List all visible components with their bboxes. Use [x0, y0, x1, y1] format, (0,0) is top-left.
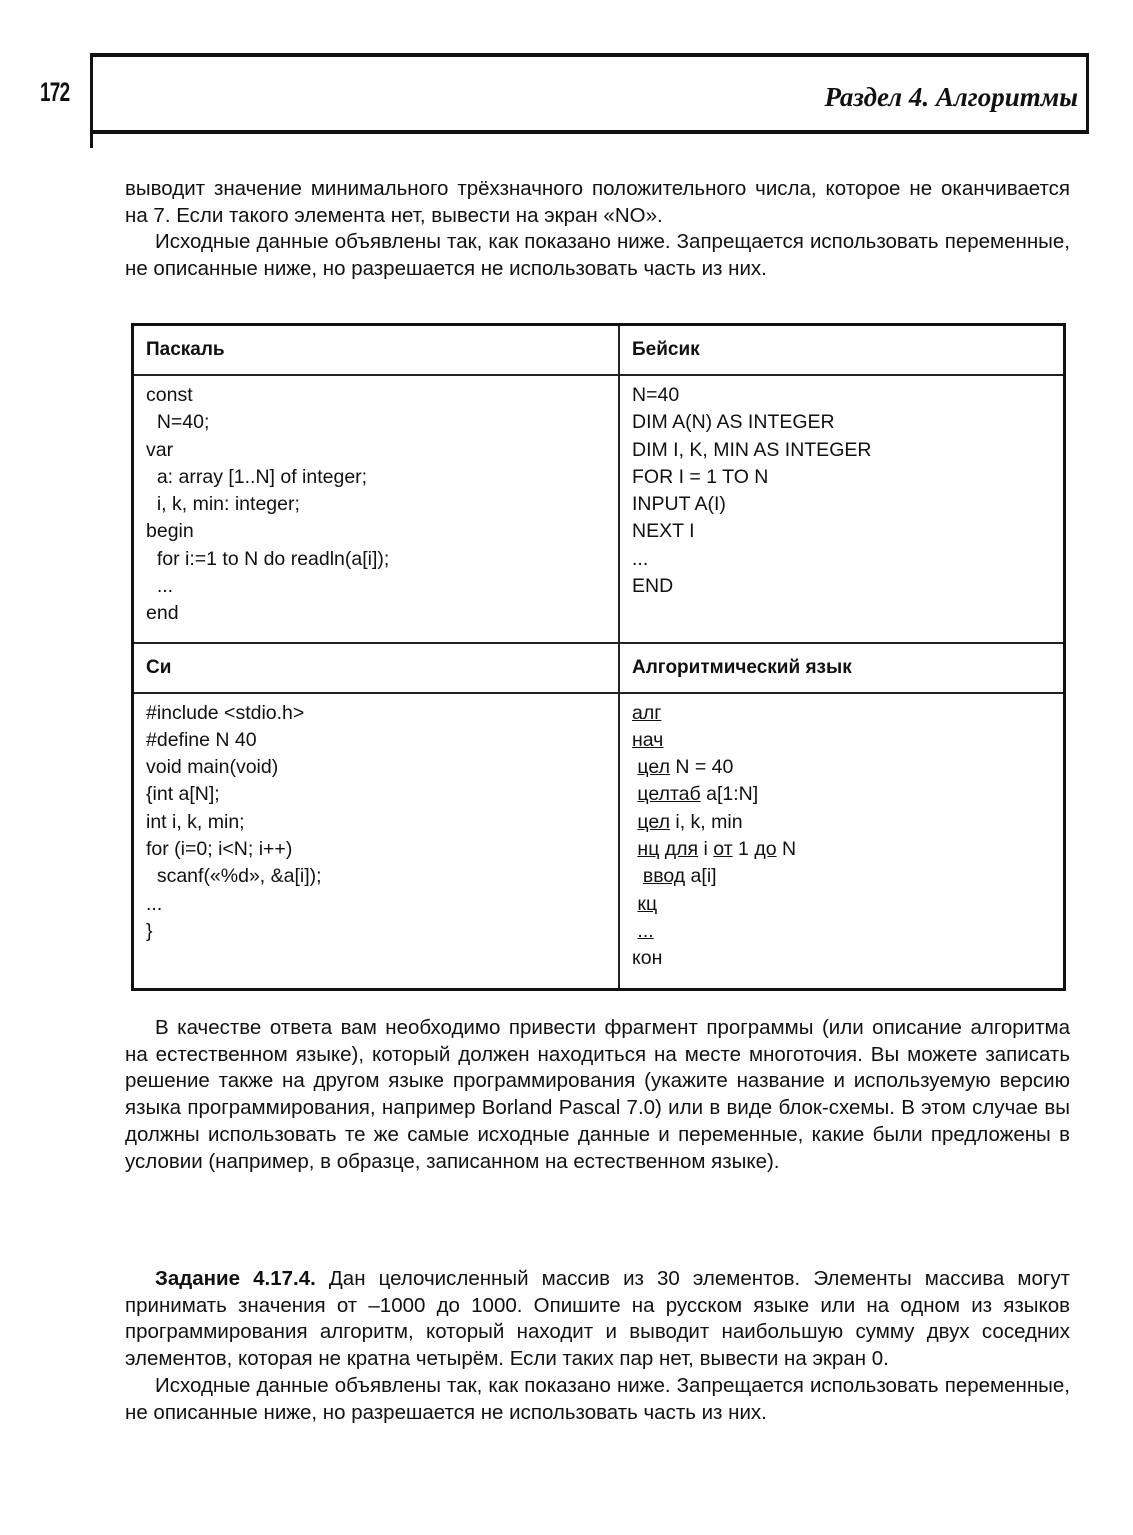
code-line: DIM I, K, MIN AS INTEGER — [632, 437, 1051, 464]
code-line: кон — [632, 945, 1051, 972]
answer-instructions: В качестве ответа вам необходимо привест… — [125, 1015, 1070, 1175]
pascal-header: Паскаль — [133, 325, 620, 376]
code-text: 1 — [733, 838, 755, 860]
code-line: ... — [146, 891, 606, 918]
code-line: ... — [632, 918, 1051, 945]
code-line: INPUT A(I) — [632, 491, 1051, 518]
code-line: N=40; — [146, 409, 606, 436]
code-line: #include <stdio.h> — [146, 700, 606, 727]
code-line: алг — [632, 700, 1051, 727]
keyword: цел — [637, 811, 670, 833]
code-line: for (i=0; i<N; i++) — [146, 836, 606, 863]
code-text: a[1:N] — [701, 783, 758, 805]
c-code: #include <stdio.h>#define N 40void main(… — [133, 693, 620, 990]
code-line: целтаб a[1:N] — [632, 781, 1051, 808]
keyword: ввод — [643, 865, 685, 887]
code-line: нц для i от 1 до N — [632, 836, 1051, 863]
intro-text: выводит значение минимального трёхзначно… — [125, 176, 1070, 283]
code-text: кон — [632, 947, 662, 969]
code-line: int i, k, min; — [146, 809, 606, 836]
code-line: end — [146, 600, 606, 627]
task-block: Задание 4.17.4. Дан целочисленный массив… — [125, 1266, 1070, 1426]
keyword: алг — [632, 702, 661, 724]
code-line: ... — [146, 573, 606, 600]
code-line: END — [632, 573, 1051, 600]
code-line: const — [146, 382, 606, 409]
code-line: кц — [632, 891, 1051, 918]
intro-paragraph-1: выводит значение минимального трёхзначно… — [125, 176, 1070, 229]
algorithmic-header: Алгоритмический язык — [619, 643, 1065, 693]
code-line: ввод a[i] — [632, 863, 1051, 890]
code-line: scanf(«%d», &a[i]); — [146, 863, 606, 890]
code-text: N — [777, 838, 797, 860]
code-line: цел N = 40 — [632, 754, 1051, 781]
code-line: ... — [632, 546, 1051, 573]
code-text: i — [698, 838, 713, 860]
code-line: NEXT I — [632, 518, 1051, 545]
pascal-code: const N=40;var a: array [1..N] of intege… — [133, 375, 620, 643]
keyword: целтаб — [637, 783, 700, 805]
code-line: a: array [1..N] of integer; — [146, 464, 606, 491]
task-paragraph-2: Исходные данные объявлены так, как показ… — [125, 1373, 1070, 1426]
code-line: DIM A(N) AS INTEGER — [632, 409, 1051, 436]
keyword: цел — [637, 756, 670, 778]
keyword: кц — [637, 893, 657, 915]
code-line: begin — [146, 518, 606, 545]
keyword: для — [665, 838, 698, 860]
code-text: N = 40 — [670, 756, 733, 778]
keyword: до — [754, 838, 776, 860]
code-line: нач — [632, 727, 1051, 754]
code-line: var — [146, 437, 606, 464]
algorithmic-code: алгнач цел N = 40 целтаб a[1:N] цел i, k… — [619, 693, 1065, 990]
code-declarations-table: Паскаль Бейсик const N=40;var a: array [… — [131, 323, 1066, 991]
page-number: 172 — [40, 77, 69, 108]
task-statement: Задание 4.17.4. Дан целочисленный массив… — [125, 1266, 1070, 1373]
code-text: a[i] — [685, 865, 716, 887]
code-line: FOR I = 1 TO N — [632, 464, 1051, 491]
code-line: for i:=1 to N do readln(a[i]); — [146, 546, 606, 573]
intro-paragraph-2: Исходные данные объявлены так, как показ… — [125, 229, 1070, 282]
code-text: i, k, min — [670, 811, 743, 833]
basic-code: N=40DIM A(N) AS INTEGERDIM I, K, MIN AS … — [619, 375, 1065, 643]
code-line: } — [146, 918, 606, 945]
keyword: ... — [637, 920, 653, 942]
code-text — [632, 865, 643, 887]
code-line: void main(void) — [146, 754, 606, 781]
section-title: Раздел 4. Алгоритмы — [824, 82, 1078, 113]
header-frame-rule — [90, 126, 93, 148]
code-line: цел i, k, min — [632, 809, 1051, 836]
c-header: Си — [133, 643, 620, 693]
keyword: нач — [632, 729, 663, 751]
code-line: {int a[N]; — [146, 781, 606, 808]
code-line: #define N 40 — [146, 727, 606, 754]
code-line: N=40 — [632, 382, 1051, 409]
keyword: от — [713, 838, 732, 860]
basic-header: Бейсик — [619, 325, 1065, 376]
code-line: i, k, min: integer; — [146, 491, 606, 518]
keyword: нц — [637, 838, 659, 860]
answer-instructions-paragraph: В качестве ответа вам необходимо привест… — [125, 1015, 1070, 1175]
task-label: Задание 4.17.4. — [155, 1267, 316, 1290]
